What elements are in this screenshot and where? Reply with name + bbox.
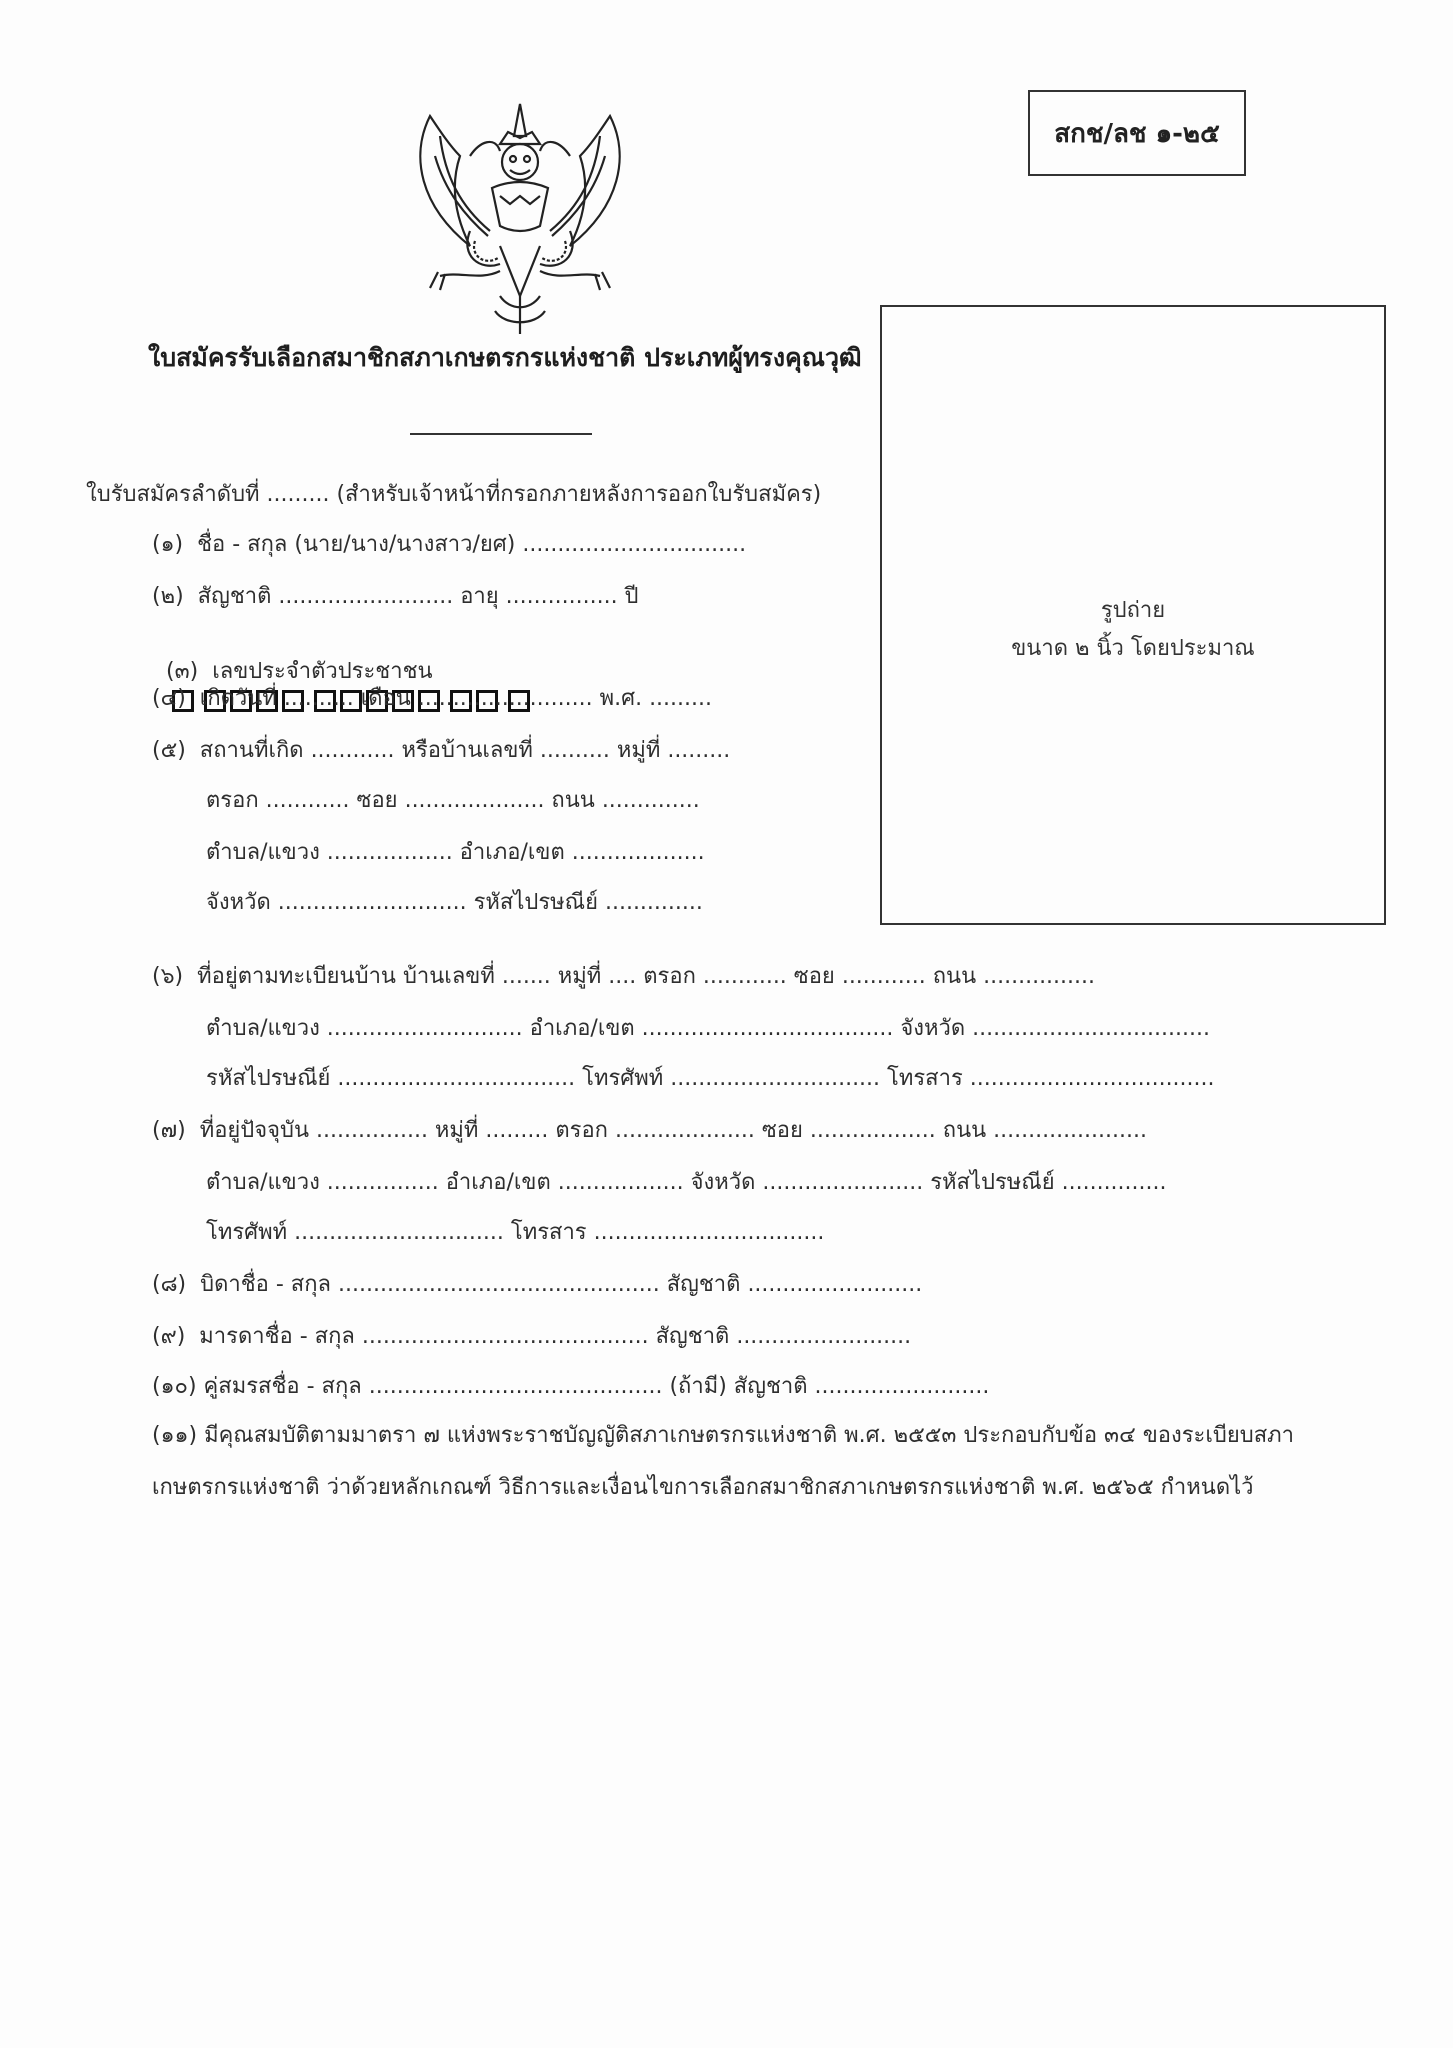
photo-placeholder-box: รูปถ่าย ขนาด ๒ นิ้ว โดยประมาณ (880, 305, 1386, 925)
photo-size-note: ขนาด ๒ นิ้ว โดยประมาณ (882, 630, 1384, 668)
field-full-name[interactable]: (๑) ชื่อ - สกุล (นาย/นาง/นางสาว/ยศ) ....… (152, 526, 746, 561)
field-birth-date[interactable]: (๔) เกิดวันที่ .......... เดือน ........… (152, 680, 712, 715)
field-registered-address-line2[interactable]: ตำบล/แขวง ............................ อ… (206, 1010, 1210, 1045)
field-birthplace-line1[interactable]: (๕) สถานที่เกิด ............ หรือบ้านเลข… (152, 732, 730, 767)
field-registered-address-line1[interactable]: (๖) ที่อยู่ตามทะเบียนบ้าน บ้านเลขที่ ...… (152, 958, 1095, 993)
title-divider (410, 433, 592, 435)
receipt-number-line: ใบรับสมัครลำดับที่ ......... (สำหรับเจ้า… (86, 476, 821, 511)
form-code: สกช/ลช ๑-๒๕ (1054, 113, 1220, 154)
photo-label: รูปถ่าย (882, 592, 1384, 630)
field-current-address-line1[interactable]: (๗) ที่อยู่ปัจจุบัน ................ หมู… (152, 1112, 1147, 1147)
field-birthplace-line4[interactable]: จังหวัด ........................... รหัส… (206, 884, 703, 919)
form-code-box: สกช/ลช ๑-๒๕ (1028, 90, 1246, 176)
field-nationality-age[interactable]: (๒) สัญชาติ ......................... อา… (152, 578, 639, 613)
field-birthplace-line3[interactable]: ตำบล/แขวง .................. อำเภอ/เขต .… (206, 834, 705, 869)
field-registered-address-line3[interactable]: รหัสไปรษณีย์ ...........................… (206, 1060, 1215, 1095)
field-birthplace-line2[interactable]: ตรอก ............ ซอย ..................… (206, 782, 700, 817)
qualification-statement: (๑๑) มีคุณสมบัติตามมาตรา ๗ แห่งพระราชบัญ… (152, 1410, 1312, 1514)
field-mother-name[interactable]: (๙) มารดาชื่อ - สกุล ...................… (152, 1318, 911, 1353)
garuda-emblem-icon (400, 96, 640, 340)
field-father-name[interactable]: (๘) บิดาชื่อ - สกุล ....................… (152, 1266, 922, 1301)
field-current-address-line2[interactable]: ตำบล/แขวง ................ อำเภอ/เขต ...… (206, 1164, 1167, 1199)
field-spouse-name[interactable]: (๑๐) คู่สมรสชื่อ - สกุล ................… (152, 1368, 989, 1403)
field-current-address-line3[interactable]: โทรศัพท์ .............................. … (206, 1214, 824, 1249)
form-title: ใบสมัครรับเลือกสมาชิกสภาเกษตรกรแห่งชาติ … (148, 338, 848, 378)
